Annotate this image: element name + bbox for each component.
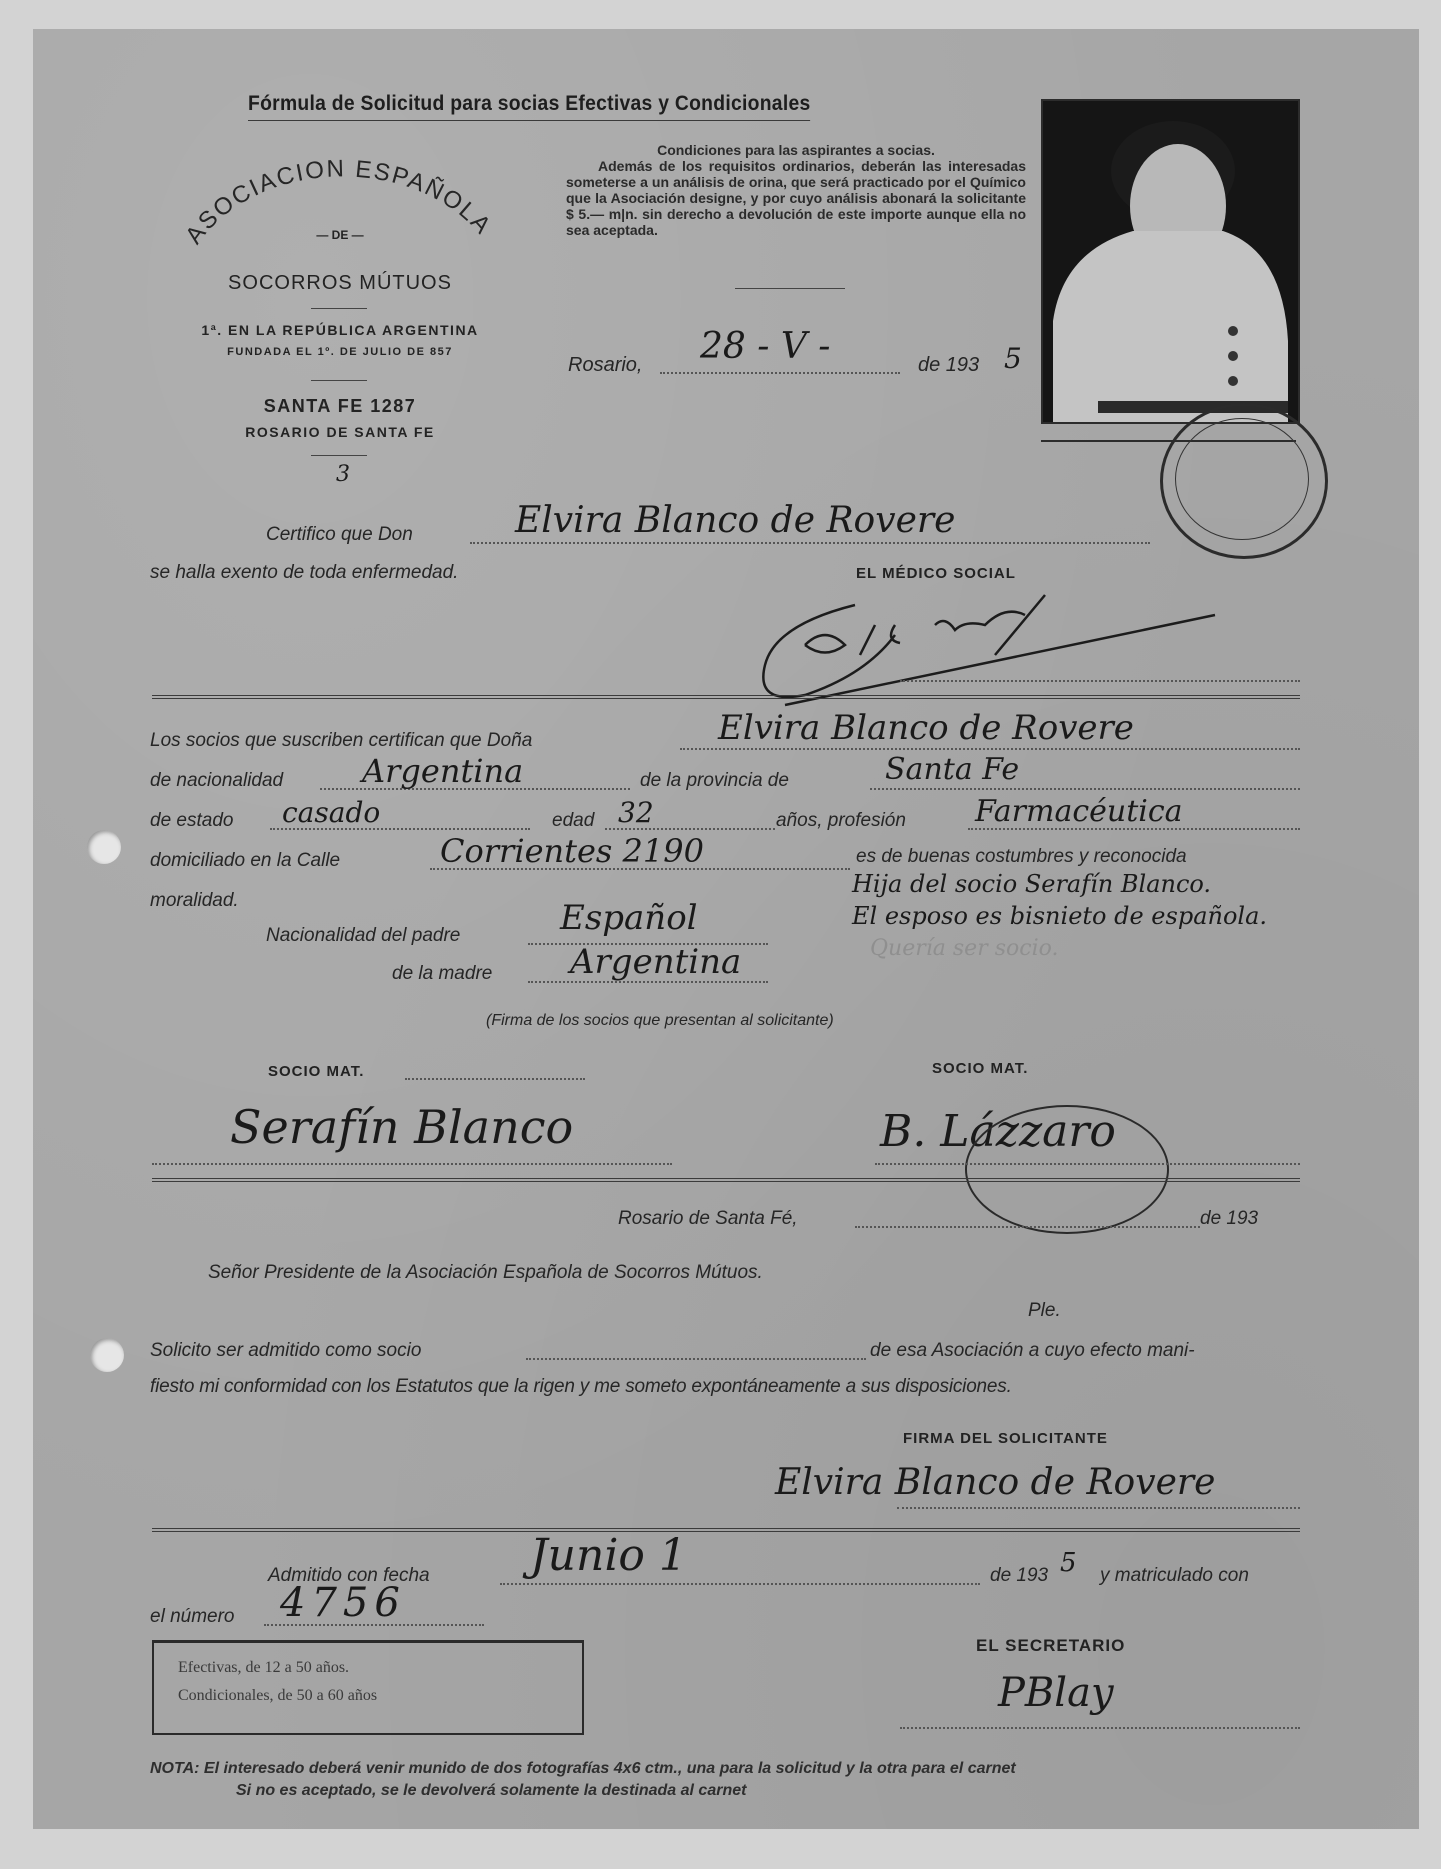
address-label: domiciliado en la Calle xyxy=(150,850,340,872)
age-ranges-box: Efectivas, de 12 a 50 años. Condicionale… xyxy=(152,1640,584,1735)
province-field-line xyxy=(870,788,1300,790)
portrait-image xyxy=(1043,101,1298,422)
divider xyxy=(311,455,367,456)
certify-name: Elvira Blanco de Rovere xyxy=(515,500,955,541)
org-address: SANTA FE 1287 xyxy=(160,396,520,417)
sponsor-1-signature: Serafín Blanco xyxy=(230,1100,573,1154)
annotation-faded: Quería ser socio. xyxy=(870,936,1058,961)
request-part-c: fiesto mi conformidad con los Estatutos … xyxy=(150,1376,1012,1398)
applicant-photo xyxy=(1041,99,1300,424)
registered-text: y matriculado con xyxy=(1100,1565,1249,1587)
date-field-line xyxy=(660,372,900,374)
date-year-digit: 5 xyxy=(1004,342,1022,375)
application-year: de 193 xyxy=(1200,1208,1258,1230)
registration-number: 4756 xyxy=(280,1580,406,1626)
status-label: de estado xyxy=(150,810,233,832)
section-divider xyxy=(152,695,1300,699)
applicant-name: Elvira Blanco de Rovere xyxy=(718,708,1134,748)
profession-label: años, profesión xyxy=(776,810,906,832)
doctor-title: EL MÉDICO SOCIAL xyxy=(856,565,1016,582)
father-nationality: Español xyxy=(560,898,698,938)
status-value: casado xyxy=(282,796,380,829)
official-stamp-inner-ring xyxy=(1175,418,1309,540)
name-field-line xyxy=(680,748,1300,750)
members-intro: Los socios que suscriben certifican que … xyxy=(150,730,532,752)
admission-year-digit: 5 xyxy=(1060,1548,1077,1578)
nationality-label: de nacionalidad xyxy=(150,770,283,792)
conditions-block: Condiciones para las aspirantes a socias… xyxy=(566,142,1026,238)
footer-note: NOTA: El interesado deberá venir munido … xyxy=(150,1758,1016,1802)
note-line-2: Si no es aceptado, se le devolverá solam… xyxy=(236,1780,1016,1802)
admission-date: Junio 1 xyxy=(530,1530,687,1581)
application-place: Rosario de Santa Fé, xyxy=(618,1208,798,1230)
doctor-signature-line xyxy=(900,680,1300,682)
signatures-caption: (Firma de los socios que presentan al so… xyxy=(486,1012,834,1030)
note-line-1: NOTA: El interesado deberá venir munido … xyxy=(150,1758,1016,1780)
age-range-conditional: Condicionales, de 50 a 60 años xyxy=(178,1687,582,1705)
secretary-signature: PBlay xyxy=(998,1670,1114,1716)
divider xyxy=(735,288,845,289)
mother-nationality-label: de la madre xyxy=(392,963,492,985)
handwritten-mark: 3 xyxy=(336,462,350,487)
ple: Ple. xyxy=(1028,1300,1061,1322)
exempt-text: se halla exento de toda enfermedad. xyxy=(150,562,458,584)
conditions-body: Además de los requisitos ordinarios, deb… xyxy=(566,158,1026,238)
admission-year-label: de 193 xyxy=(990,1565,1048,1587)
form-title: Fórmula de Solicitud para socias Efectiv… xyxy=(248,92,811,121)
annotation-daughter: Hija del socio Serafín Blanco. xyxy=(852,870,1211,898)
age-label: edad xyxy=(552,810,594,832)
punch-hole xyxy=(90,1338,124,1372)
signature-flourish xyxy=(965,1105,1169,1234)
org-name: SOCORROS MÚTUOS xyxy=(160,272,520,295)
divider xyxy=(311,308,367,309)
certify-label: Certifico que Don xyxy=(266,524,413,546)
org-city: ROSARIO DE SANTA FE xyxy=(160,424,520,440)
profession-value: Farmacéutica xyxy=(975,794,1183,829)
father-nationality-label: Nacionalidad del padre xyxy=(266,925,460,947)
province-value: Santa Fe xyxy=(885,752,1019,787)
sponsor-2-signature-line xyxy=(875,1163,1300,1165)
request-part-b: de esa Asociación a cuyo efecto mani- xyxy=(870,1340,1195,1362)
sponsor-2-label: SOCIO MAT. xyxy=(932,1060,1028,1077)
sponsor-1-signature-line xyxy=(152,1163,672,1165)
punch-hole xyxy=(87,830,121,864)
request-part-a: Solicito ser admitido como socio xyxy=(150,1340,421,1362)
org-founded: FUNDADA EL 1º. DE JULIO DE 857 xyxy=(160,346,520,358)
province-label: de la provincia de xyxy=(640,770,789,792)
date-place-label: Rosario, xyxy=(568,354,642,377)
age-value: 32 xyxy=(618,796,654,829)
handwritten-date: 28 - V - xyxy=(700,326,830,367)
sponsor-1-label: SOCIO MAT. xyxy=(268,1063,364,1080)
application-date-line xyxy=(855,1226,1200,1228)
admission-date-line xyxy=(500,1583,980,1585)
applicant-signature-line xyxy=(897,1507,1300,1509)
section-divider xyxy=(152,1178,1300,1182)
secretary-signature-line xyxy=(900,1727,1300,1729)
certify-field-line xyxy=(470,542,1150,544)
morality-text: moralidad. xyxy=(150,890,239,912)
divider xyxy=(311,380,367,381)
organization-arc-name: ASOCIACION ESPAÑOLA xyxy=(170,140,510,270)
secretary-title: EL SECRETARIO xyxy=(976,1636,1125,1656)
number-label: el número xyxy=(150,1606,235,1628)
address-value: Corrientes 2190 xyxy=(440,832,704,870)
org-de: — DE — xyxy=(160,228,520,242)
conditions-title: Condiciones para las aspirantes a socias… xyxy=(566,142,1026,158)
customs-text: es de buenas costumbres y reconocida xyxy=(856,846,1187,868)
date-year-label: de 193 xyxy=(918,354,979,377)
age-range-effective: Efectivas, de 12 a 50 años. xyxy=(178,1659,582,1677)
sponsor-1-mat-line xyxy=(405,1078,585,1080)
section-divider xyxy=(152,1528,1300,1532)
mother-nationality: Argentina xyxy=(570,942,741,982)
member-type-field-line xyxy=(526,1358,866,1360)
org-line1: 1ª. EN LA REPÚBLICA ARGENTINA xyxy=(160,322,520,338)
salutation: Señor Presidente de la Asociación Españo… xyxy=(208,1262,763,1284)
nationality-value: Argentina xyxy=(362,752,523,790)
applicant-signature: Elvira Blanco de Rovere xyxy=(775,1462,1215,1503)
applicant-signature-title: FIRMA DEL SOLICITANTE xyxy=(903,1430,1108,1447)
annotation-husband: El esposo es bisnieto de española. xyxy=(852,902,1267,930)
